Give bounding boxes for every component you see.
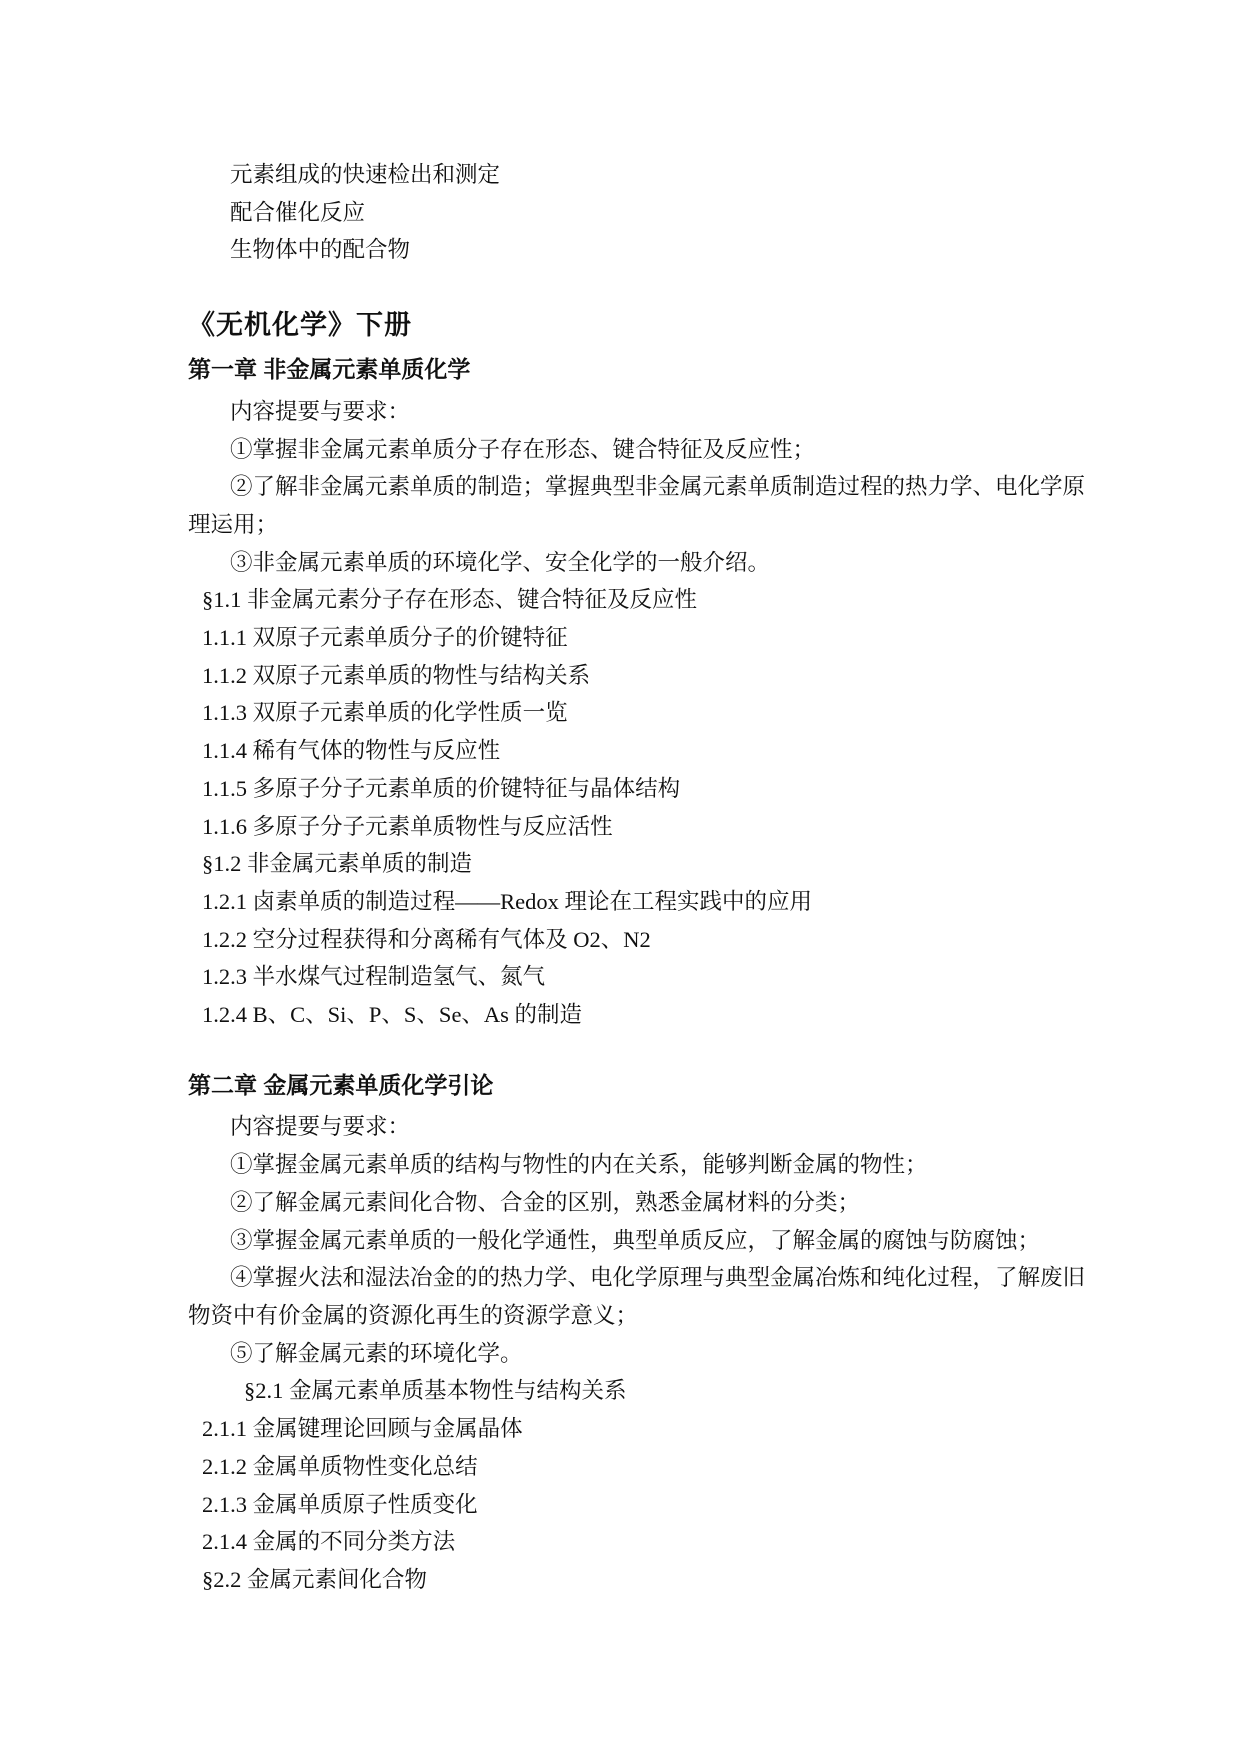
intro-lines: 元素组成的快速检出和测定配合催化反应生物体中的配合物 [188,156,1182,269]
text-line: 内容提要与要求： [188,1108,1182,1146]
text-line: §2.2 金属元素间化合物 [188,1561,1182,1599]
text-line: ⑤了解金属元素的环境化学。 [188,1335,1182,1373]
chapter-1-heading: 第一章 非金属元素单质化学 [188,351,1182,389]
text-line: 1.1.6 多原子分子元素单质物性与反应活性 [188,808,1182,846]
text-line: ③掌握金属元素单质的一般化学通性，典型单质反应，了解金属的腐蚀与防腐蚀； [188,1222,1182,1260]
text-line: 元素组成的快速检出和测定 [188,156,1182,194]
text-line: 理运用； [188,506,1182,544]
chapter-1-lines: 内容提要与要求：①掌握非金属元素单质分子存在形态、键合特征及反应性；②了解非金属… [188,393,1182,1034]
text-line: 物资中有价金属的资源化再生的资源学意义； [188,1297,1182,1335]
text-line: 1.1.3 双原子元素单质的化学性质一览 [188,694,1182,732]
text-line: 内容提要与要求： [188,393,1182,431]
text-line: ②了解金属元素间化合物、合金的区别，熟悉金属材料的分类； [188,1184,1182,1222]
text-line: 2.1.1 金属键理论回顾与金属晶体 [188,1410,1182,1448]
book-title: 《无机化学》下册 [188,305,1182,345]
text-line: 2.1.3 金属单质原子性质变化 [188,1486,1182,1524]
chapter-1: 第一章 非金属元素单质化学 内容提要与要求：①掌握非金属元素单质分子存在形态、键… [188,351,1182,1034]
text-line: 1.1.4 稀有气体的物性与反应性 [188,732,1182,770]
document-page: 元素组成的快速检出和测定配合催化反应生物体中的配合物 《无机化学》下册 第一章 … [0,0,1240,1754]
text-line: ③非金属元素单质的环境化学、安全化学的一般介绍。 [188,544,1182,582]
text-line: ①掌握金属元素单质的结构与物性的内在关系，能够判断金属的物性； [188,1146,1182,1184]
text-line: 1.2.3 半水煤气过程制造氢气、氮气 [188,958,1182,996]
text-line: §1.1 非金属元素分子存在形态、键合特征及反应性 [188,581,1182,619]
chapter-2-lines: 内容提要与要求：①掌握金属元素单质的结构与物性的内在关系，能够判断金属的物性；②… [188,1108,1182,1598]
text-line: 配合催化反应 [188,194,1182,232]
text-line: ④掌握火法和湿法冶金的的热力学、电化学原理与典型金属冶炼和纯化过程，了解废旧 [188,1259,1182,1297]
text-line: 1.2.4 B、C、Si、P、S、Se、As 的制造 [188,996,1182,1034]
chapter-2-heading: 第二章 金属元素单质化学引论 [188,1067,1182,1105]
text-line: §2.1 金属元素单质基本物性与结构关系 [188,1372,1182,1410]
text-line: 1.2.2 空分过程获得和分离稀有气体及 O2、N2 [188,921,1182,959]
text-line: 生物体中的配合物 [188,231,1182,269]
text-line: §1.2 非金属元素单质的制造 [188,845,1182,883]
text-line: 1.1.1 双原子元素单质分子的价键特征 [188,619,1182,657]
chapter-2: 第二章 金属元素单质化学引论 内容提要与要求：①掌握金属元素单质的结构与物性的内… [188,1067,1182,1599]
text-line: 2.1.4 金属的不同分类方法 [188,1523,1182,1561]
text-line: 1.1.2 双原子元素单质的物性与结构关系 [188,657,1182,695]
text-line: ②了解非金属元素单质的制造；掌握典型非金属元素单质制造过程的热力学、电化学原 [188,468,1182,506]
text-line: 2.1.2 金属单质物性变化总结 [188,1448,1182,1486]
text-line: 1.2.1 卤素单质的制造过程——Redox 理论在工程实践中的应用 [188,883,1182,921]
text-line: 1.1.5 多原子分子元素单质的价键特征与晶体结构 [188,770,1182,808]
text-line: ①掌握非金属元素单质分子存在形态、键合特征及反应性； [188,431,1182,469]
